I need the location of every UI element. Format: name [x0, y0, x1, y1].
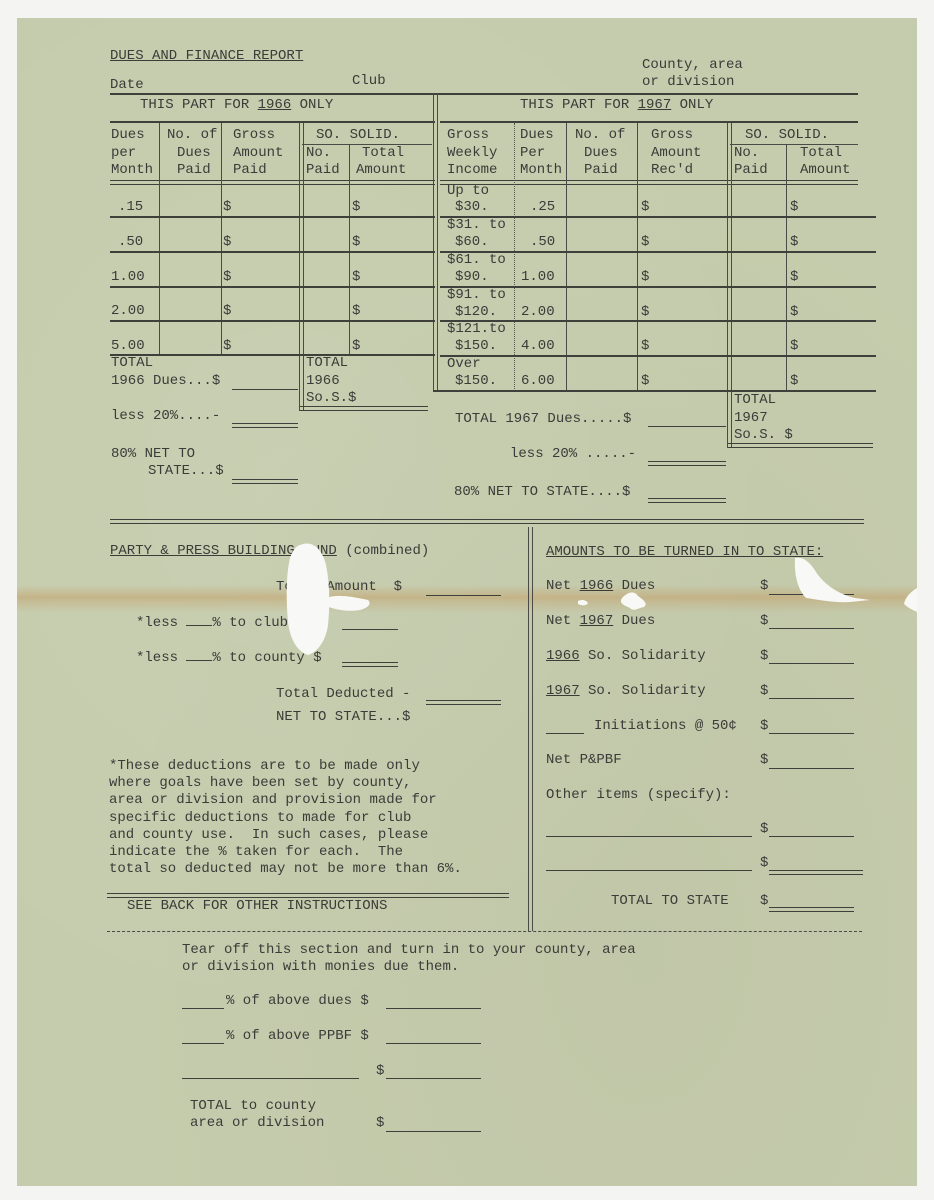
paper-damage — [0, 0, 934, 1200]
